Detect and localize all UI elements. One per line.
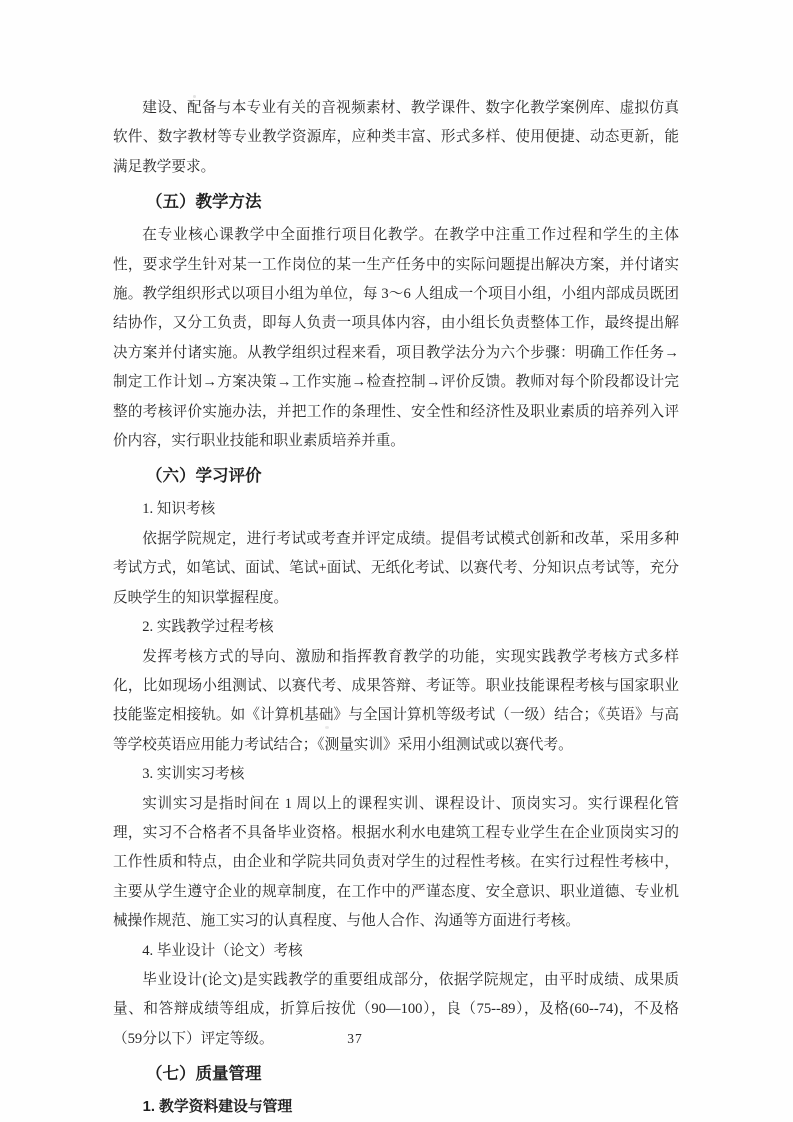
- paragraph-knowledge-assessment: 依据学院规定，进行考试或考查并评定成绩。提倡考试模式创新和改革，采用多种考试方式…: [113, 525, 679, 613]
- subheading-1-teaching-materials-management: 1. 教学资料建设与管理: [113, 1093, 679, 1122]
- document-page: 建设、配备与本专业有关的音视频素材、教学课件、数字化教学案例库、虚拟仿真软件、数…: [0, 0, 793, 1122]
- paragraph-practice-teaching-assessment: 发挥考核方式的导向、激励和指挥教育教学的功能，实现实践教学考核方式多样化，比如现…: [113, 643, 679, 761]
- subheading-1-knowledge-assessment: 1. 知识考核: [113, 495, 679, 524]
- section-heading-5-teaching-methods: （五）教学方法: [113, 187, 679, 217]
- section-heading-6-learning-evaluation: （六）学习评价: [113, 461, 679, 491]
- paragraph-training-internship-assessment: 实训实习是指时间在 1 周以上的课程实训、课程设计、顶岗实习。实行课程化管理，实…: [113, 790, 679, 937]
- document-content: 建设、配备与本专业有关的音视频素材、教学课件、数字化教学案例库、虚拟仿真软件、数…: [113, 94, 679, 1122]
- subheading-4-graduation-design-assessment: 4. 毕业设计（论文）考核: [113, 937, 679, 966]
- subheading-3-training-internship-assessment: 3. 实训实习考核: [113, 760, 679, 789]
- paragraph-project-based-teaching: 在专业核心课教学中全面推行项目化教学。在教学中注重工作过程和学生的主体性，要求学…: [113, 221, 679, 456]
- page-number: 37: [0, 1031, 710, 1047]
- subheading-2-practice-teaching-assessment: 2. 实践教学过程考核: [113, 613, 679, 642]
- section-heading-7-quality-management: （七）质量管理: [113, 1059, 679, 1089]
- paragraph-teaching-resources: 建设、配备与本专业有关的音视频素材、教学课件、数字化教学案例库、虚拟仿真软件、数…: [113, 94, 679, 182]
